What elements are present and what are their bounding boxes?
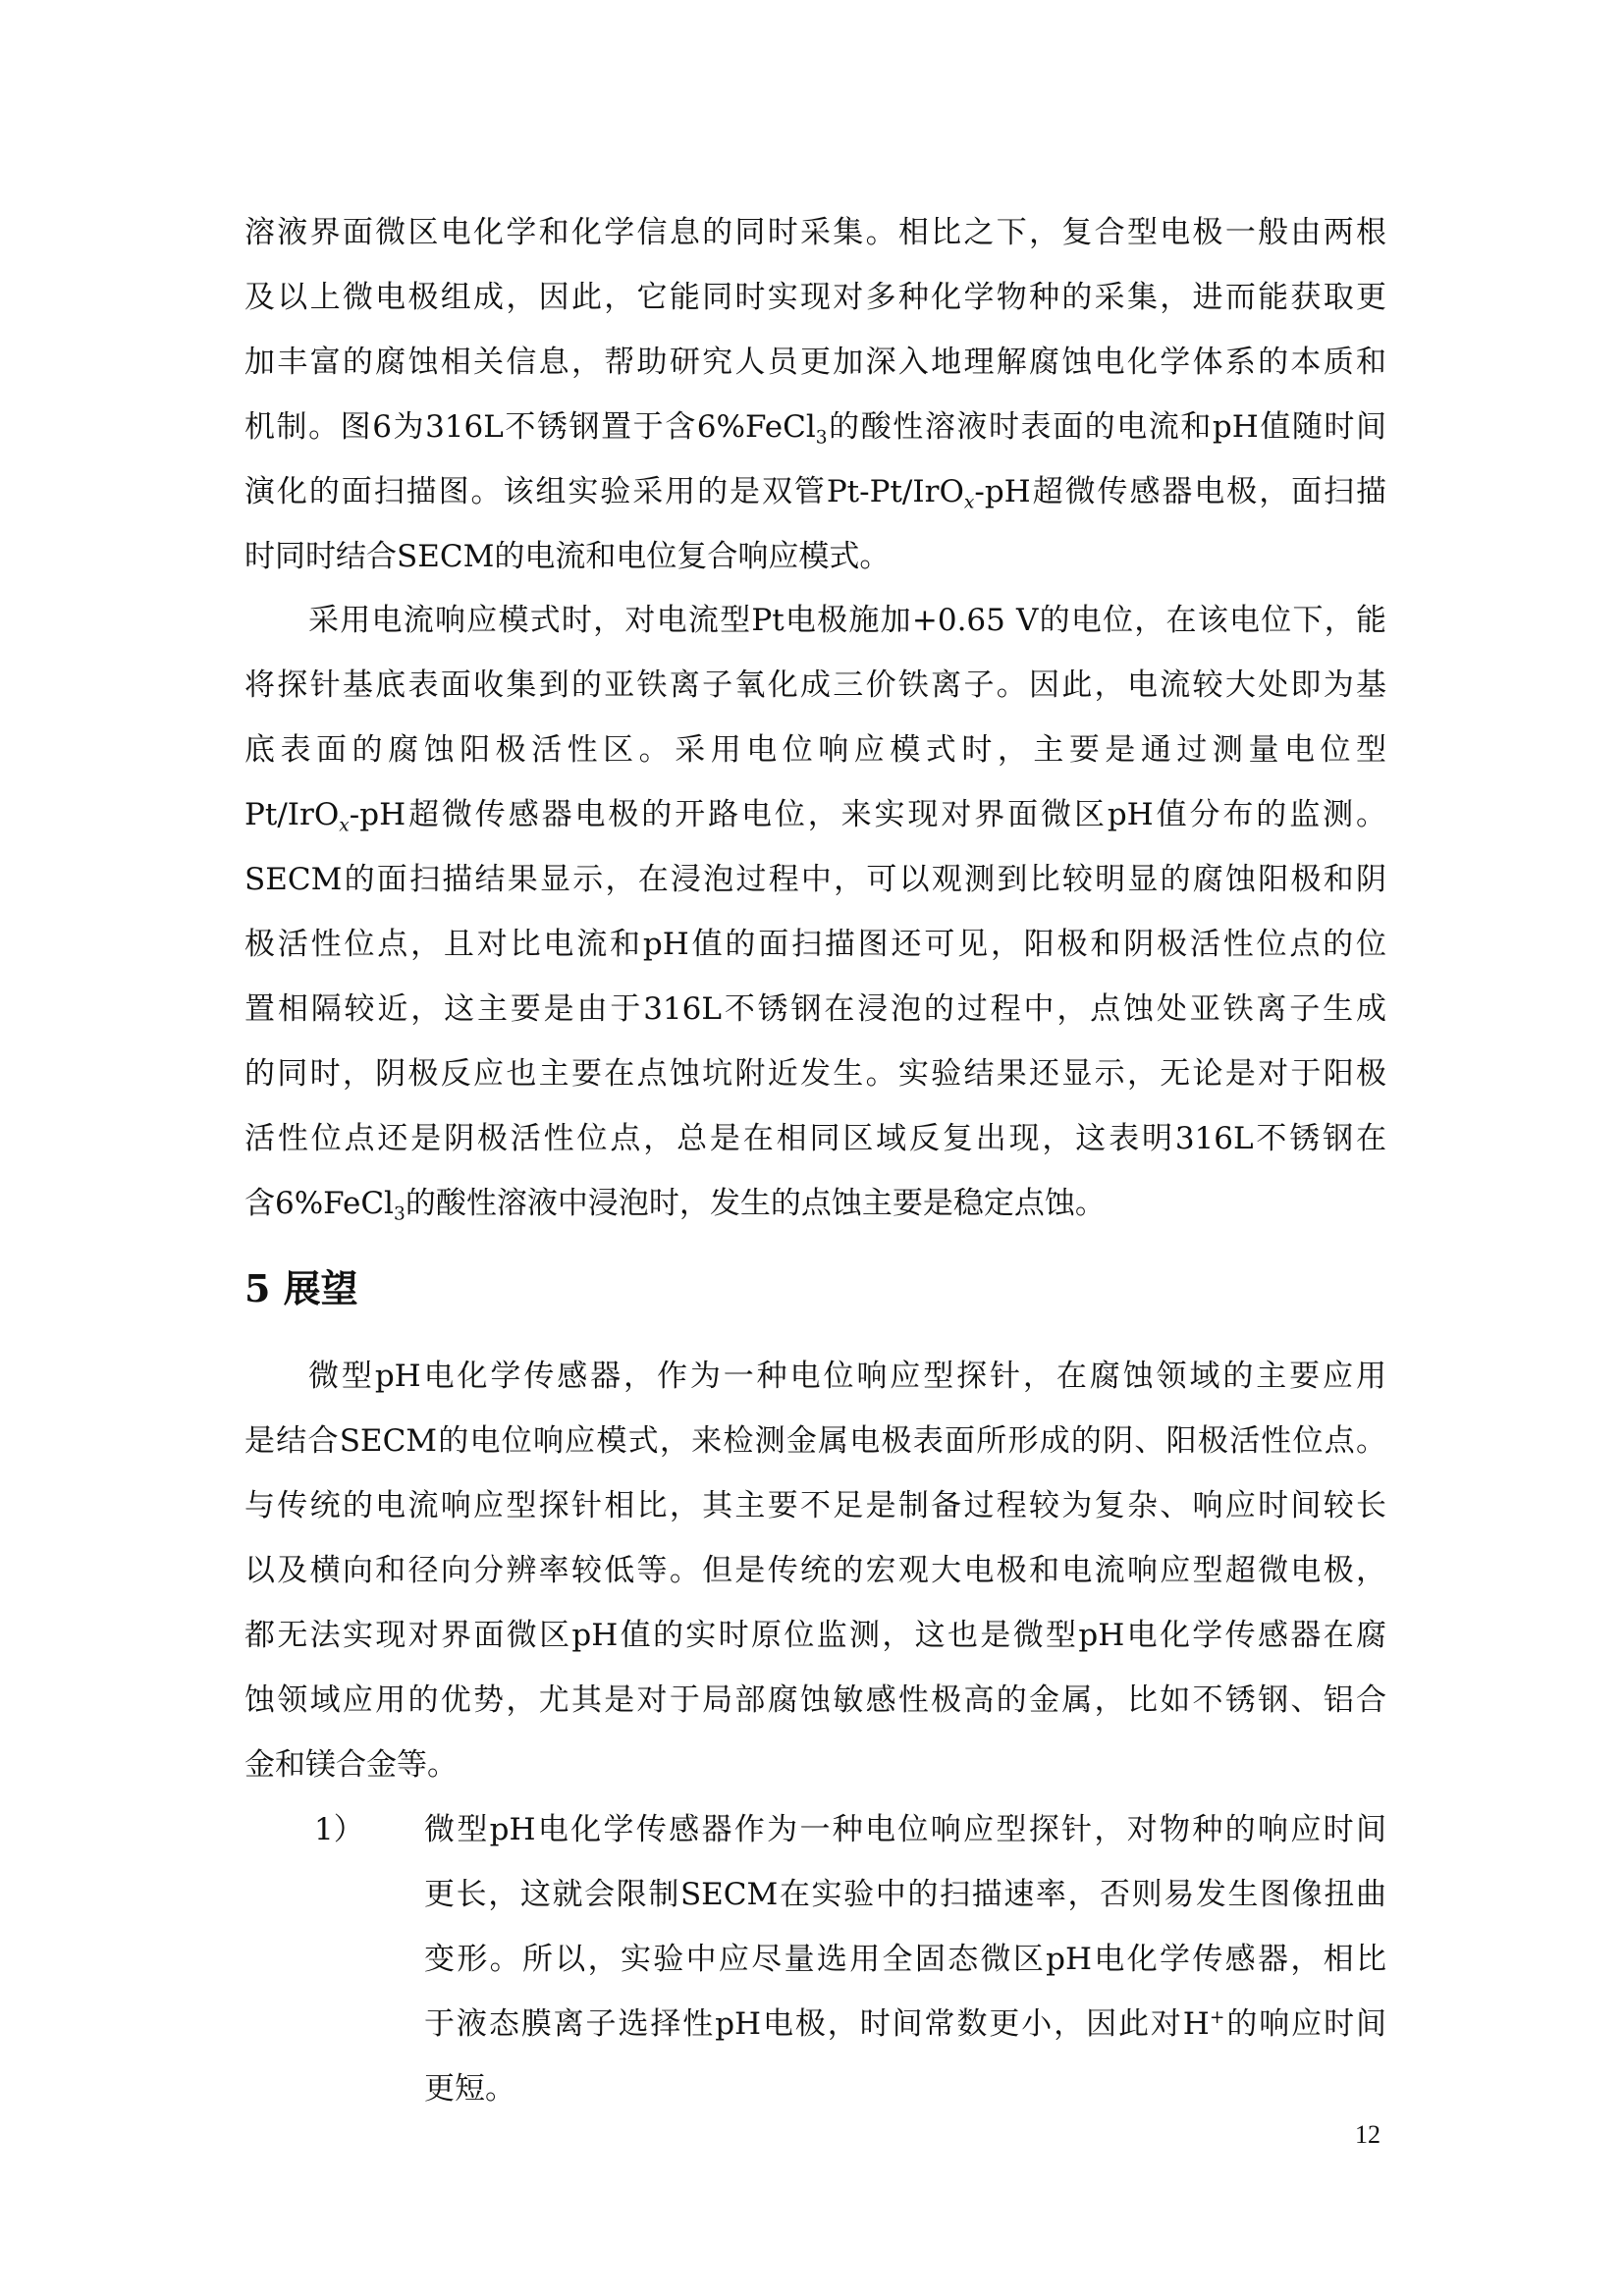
paragraph-2-line-10: 含6%FeCl3的酸性溶液中浸泡时，发生的点蚀主要是稳定点蚀。 bbox=[244, 1182, 1386, 1225]
paragraph-3-line-2: 是结合SECM的电位响应模式，来检测金属电极表面所形成的阴、阳极活性位点。 bbox=[244, 1419, 1386, 1463]
paragraph-3-line-5: 都无法实现对界面微区pH值的实时原位监测，这也是微型pH电化学传感器在腐 bbox=[244, 1614, 1386, 1657]
text-segment: -pH超微传感器电极，面扫描 bbox=[974, 474, 1386, 509]
superscript: + bbox=[1210, 2007, 1225, 2028]
list-item-number: 1） bbox=[314, 1808, 364, 1851]
paragraph-1-line-2: 及以上微电极组成，因此，它能同时实现对多种化学物种的采集，进而能获取更 bbox=[244, 276, 1386, 319]
paragraph-3-line-4: 以及横向和径向分辨率较低等。但是传统的宏观大电极和电流响应型超微电极， bbox=[244, 1549, 1386, 1592]
paragraph-3-line-1: 微型pH电化学传感器，作为一种电位响应型探针，在腐蚀领域的主要应用 bbox=[308, 1355, 1386, 1398]
paragraph-3-line-3: 与传统的电流响应型探针相比，其主要不足是制备过程较为复杂、响应时间较长 bbox=[244, 1484, 1386, 1527]
paragraph-1-line-5: 演化的面扫描图。该组实验采用的是双管Pt-Pt/IrOx-pH超微传感器电极，面… bbox=[244, 470, 1386, 513]
text-segment: 演化的面扫描图。该组实验采用的是双管Pt-Pt/IrO bbox=[244, 474, 964, 509]
subscript: x bbox=[964, 493, 975, 513]
subscript: 3 bbox=[394, 1204, 406, 1225]
text-segment: 于液态膜离子选择性pH电极，时间常数更小，因此对H bbox=[424, 2006, 1210, 2042]
text-segment: 的酸性溶液时表面的电流和pH值随时间 bbox=[828, 409, 1386, 445]
paragraph-2-line-1: 采用电流响应模式时，对电流型Pt电极施加+0.65 V的电位，在该电位下，能 bbox=[308, 599, 1386, 642]
paragraph-2-line-6: 极活性位点，且对比电流和pH值的面扫描图还可见，阳极和阴极活性位点的位 bbox=[244, 923, 1386, 966]
list-item-line-3: 变形。所以，实验中应尽量选用全固态微区pH电化学传感器，相比 bbox=[424, 1938, 1386, 1981]
section-heading: 5 展望 bbox=[244, 1264, 358, 1313]
paragraph-2-line-7: 置相隔较近，这主要是由于316L不锈钢在浸泡的过程中，点蚀处亚铁离子生成 bbox=[244, 988, 1386, 1031]
list-item-line-4: 于液态膜离子选择性pH电极，时间常数更小，因此对H+的响应时间 bbox=[424, 2002, 1386, 2046]
paragraph-3-line-6: 蚀领域应用的优势，尤其是对于局部腐蚀敏感性极高的金属，比如不锈钢、铝合 bbox=[244, 1679, 1386, 1722]
paragraph-2-line-2: 将探针基底表面收集到的亚铁离子氧化成三价铁离子。因此，电流较大处即为基 bbox=[244, 664, 1386, 707]
text-segment: 含6%FeCl bbox=[244, 1186, 394, 1221]
paragraph-1-line-6: 时同时结合SECM的电流和电位复合响应模式。 bbox=[244, 535, 1386, 578]
list-item-line-1: 微型pH电化学传感器作为一种电位响应型探针，对物种的响应时间 bbox=[424, 1808, 1386, 1851]
subscript: x bbox=[339, 816, 350, 836]
paragraph-2-line-9: 活性位点还是阴极活性位点，总是在相同区域反复出现，这表明316L不锈钢在 bbox=[244, 1117, 1386, 1160]
subscript: 3 bbox=[816, 428, 828, 449]
paragraph-1-line-1: 溶液界面微区电化学和化学信息的同时采集。相比之下，复合型电极一般由两根 bbox=[244, 211, 1386, 254]
text-segment: 的酸性溶液中浸泡时，发生的点蚀主要是稳定点蚀。 bbox=[406, 1186, 1106, 1221]
paragraph-2-line-4: Pt/IrOx-pH超微传感器电极的开路电位，来实现对界面微区pH值分布的监测。 bbox=[244, 793, 1386, 836]
document-page: 溶液界面微区电化学和化学信息的同时采集。相比之下，复合型电极一般由两根 及以上微… bbox=[0, 0, 1624, 2296]
paragraph-1-line-4: 机制。图6为316L不锈钢置于含6%FeCl3的酸性溶液时表面的电流和pH值随时… bbox=[244, 405, 1386, 449]
text-segment: 机制。图6为316L不锈钢置于含6%FeCl bbox=[244, 409, 816, 445]
paragraph-2-line-5: SECM的面扫描结果显示，在浸泡过程中，可以观测到比较明显的腐蚀阳极和阴 bbox=[244, 858, 1386, 901]
list-item-line-5: 更短。 bbox=[424, 2067, 1386, 2110]
list-item-line-2: 更长，这就会限制SECM在实验中的扫描速率，否则易发生图像扭曲 bbox=[424, 1873, 1386, 1916]
text-segment: -pH超微传感器电极的开路电位，来实现对界面微区pH值分布的监测。 bbox=[350, 797, 1386, 832]
paragraph-2-line-8: 的同时，阴极反应也主要在点蚀坑附近发生。实验结果还显示，无论是对于阳极 bbox=[244, 1052, 1386, 1095]
paragraph-2-line-3: 底表面的腐蚀阳极活性区。采用电位响应模式时，主要是通过测量电位型 bbox=[244, 728, 1386, 772]
page-number: 12 bbox=[1355, 2118, 1380, 2152]
text-segment: 的响应时间 bbox=[1224, 2006, 1386, 2042]
paragraph-1-line-3: 加丰富的腐蚀相关信息，帮助研究人员更加深入地理解腐蚀电化学体系的本质和 bbox=[244, 341, 1386, 384]
paragraph-3-line-7: 金和镁合金等。 bbox=[244, 1743, 1386, 1787]
text-segment: Pt/IrO bbox=[244, 797, 339, 832]
